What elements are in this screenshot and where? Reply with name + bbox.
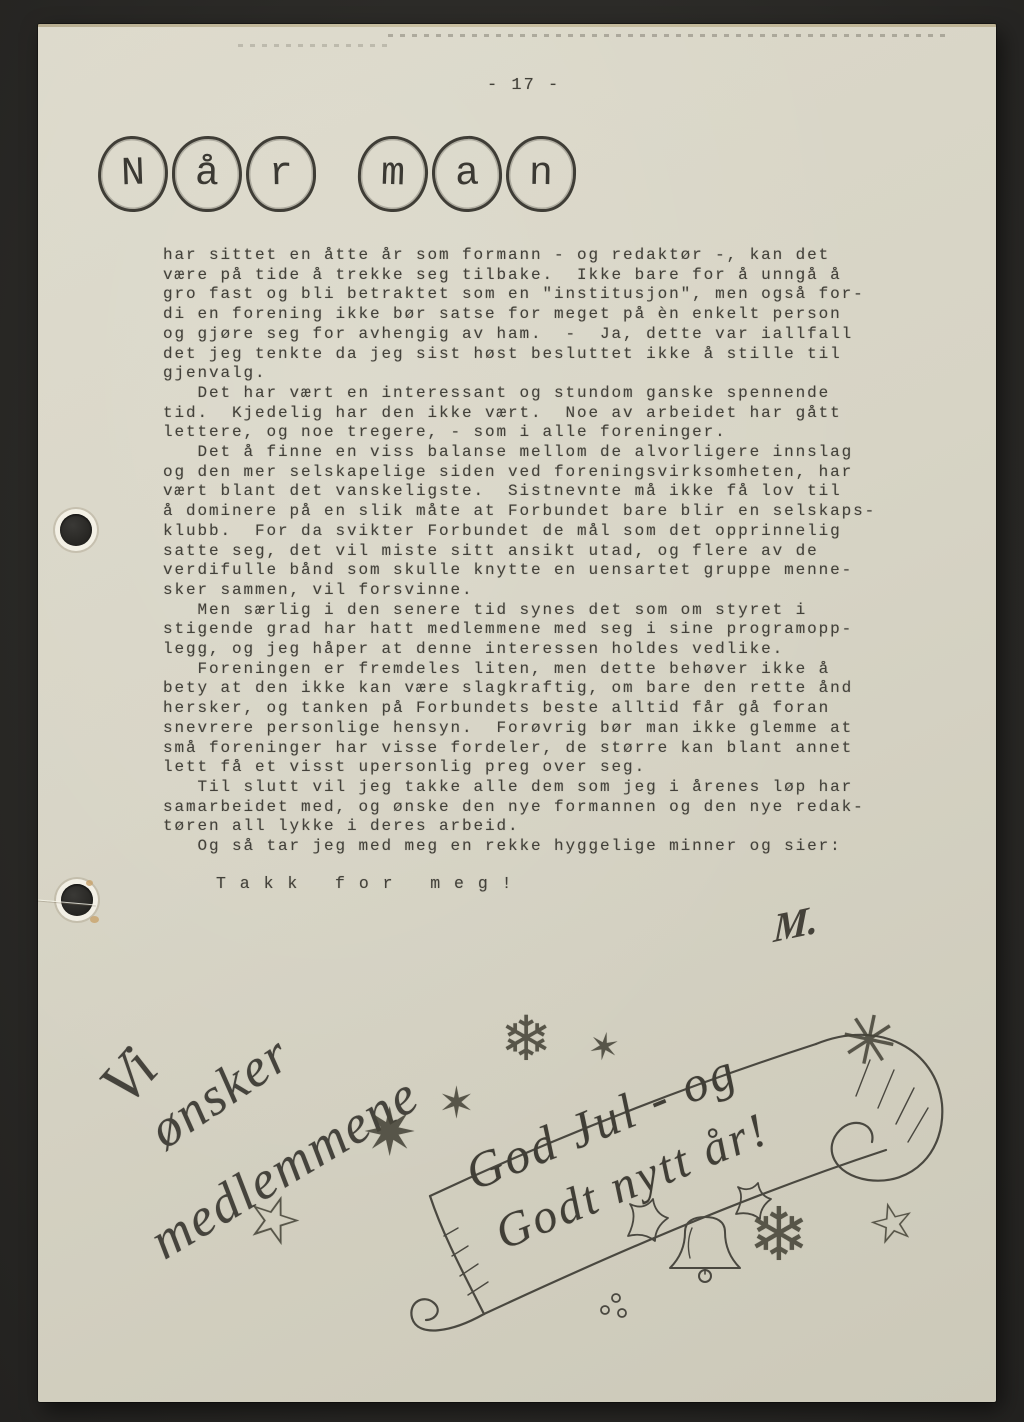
title-letter: r [269, 151, 294, 196]
punch-hole [61, 884, 93, 916]
title-letter: n [529, 151, 554, 196]
circled-letter: m [357, 135, 430, 213]
title-letter: N [120, 151, 146, 197]
six-point-star-icon: ✶ [438, 1082, 475, 1126]
circled-letter: r [245, 135, 316, 212]
punch-hole [60, 514, 92, 546]
paper-stain [90, 916, 99, 923]
title-letter: å [194, 151, 219, 197]
title-letter: a [454, 151, 480, 197]
typewriter-showthrough-line [388, 34, 948, 37]
sparkle-star-icon: ✶ [585, 1026, 623, 1069]
typewriter-showthrough-line [238, 44, 388, 47]
circled-letter: n [505, 135, 576, 212]
title-letter: m [380, 151, 406, 197]
starburst-icon: ✷ [362, 1100, 417, 1166]
circled-title: N å r m a n [98, 136, 580, 212]
paper-sheet: - 17 - N å r m a n har sittet en åtte år… [38, 24, 996, 1402]
signature-initial: M. [773, 895, 819, 953]
typewritten-body-text: har sittet en åtte år som formann - og r… [163, 246, 876, 857]
circled-letter: a [431, 135, 504, 213]
snowflake-icon: ❄ [500, 1008, 552, 1070]
circled-letter: N [97, 135, 170, 213]
holiday-greeting-illustration: Vi ønsker medlemmene God Jul - og Godt n… [100, 1000, 1000, 1400]
circled-letter: å [171, 135, 243, 213]
paper-stain [86, 880, 93, 886]
scanned-page-backdrop: - 17 - N å r m a n har sittet en åtte år… [0, 0, 1024, 1422]
snowflake-icon: ❄ [748, 1198, 810, 1272]
closing-exclamation: T a k k f o r m e g ! [216, 874, 514, 893]
page-number: - 17 - [487, 76, 560, 95]
